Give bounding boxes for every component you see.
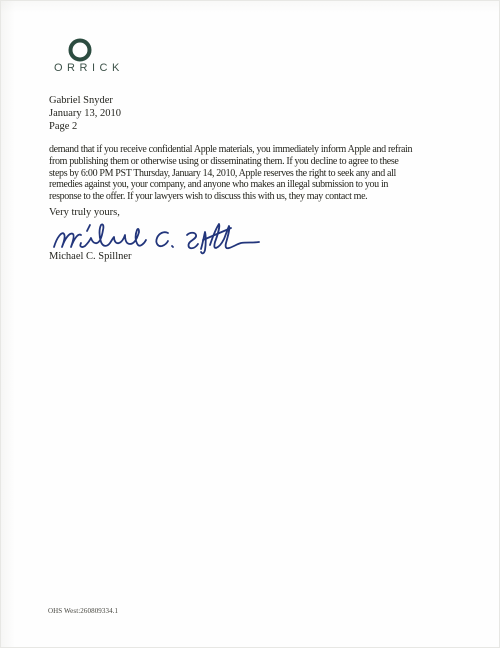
letterhead-address-block: Gabriel Snyder January 13, 2010 Page 2 — [49, 94, 121, 134]
signature-stroke-i-tick — [87, 225, 90, 231]
orrick-ring-logo-icon — [68, 38, 94, 64]
signature-stroke-sp — [187, 233, 198, 249]
letter-date: January 13, 2010 — [49, 107, 121, 120]
document-id-footer: OHS West:260809334.1 — [48, 607, 118, 615]
body-line: from publishing them or otherwise using … — [49, 156, 412, 168]
body-line: demand that if you receive confidential … — [49, 144, 412, 156]
signatory-typed-name: Michael C. Spillner — [49, 251, 132, 262]
scanned-letter-page: ORRICK Gabriel Snyder January 13, 2010 P… — [0, 0, 500, 648]
signature-stroke-m — [54, 233, 81, 247]
letter-body-paragraph: demand that if you receive confidential … — [49, 144, 412, 203]
recipient-name: Gabriel Snyder — [49, 94, 121, 107]
signature-stroke-chael — [80, 224, 146, 247]
body-line: remedies against you, your company, and … — [49, 179, 412, 191]
orrick-wordmark: ORRICK — [54, 62, 124, 74]
signature-stroke-illner-tail — [210, 224, 259, 248]
page-number-label: Page 2 — [49, 120, 121, 133]
signature-stroke-p-descender — [201, 232, 206, 253]
body-line: response to the offer. If your lawyers w… — [49, 191, 412, 203]
logo-ring-circle — [71, 41, 90, 60]
signature-stroke-c — [156, 232, 168, 246]
closing-salutation: Very truly yours, — [49, 207, 120, 218]
signature-stroke-period — [172, 246, 173, 247]
body-line: steps by 6:00 PM PST Thursday, January 1… — [49, 168, 412, 180]
